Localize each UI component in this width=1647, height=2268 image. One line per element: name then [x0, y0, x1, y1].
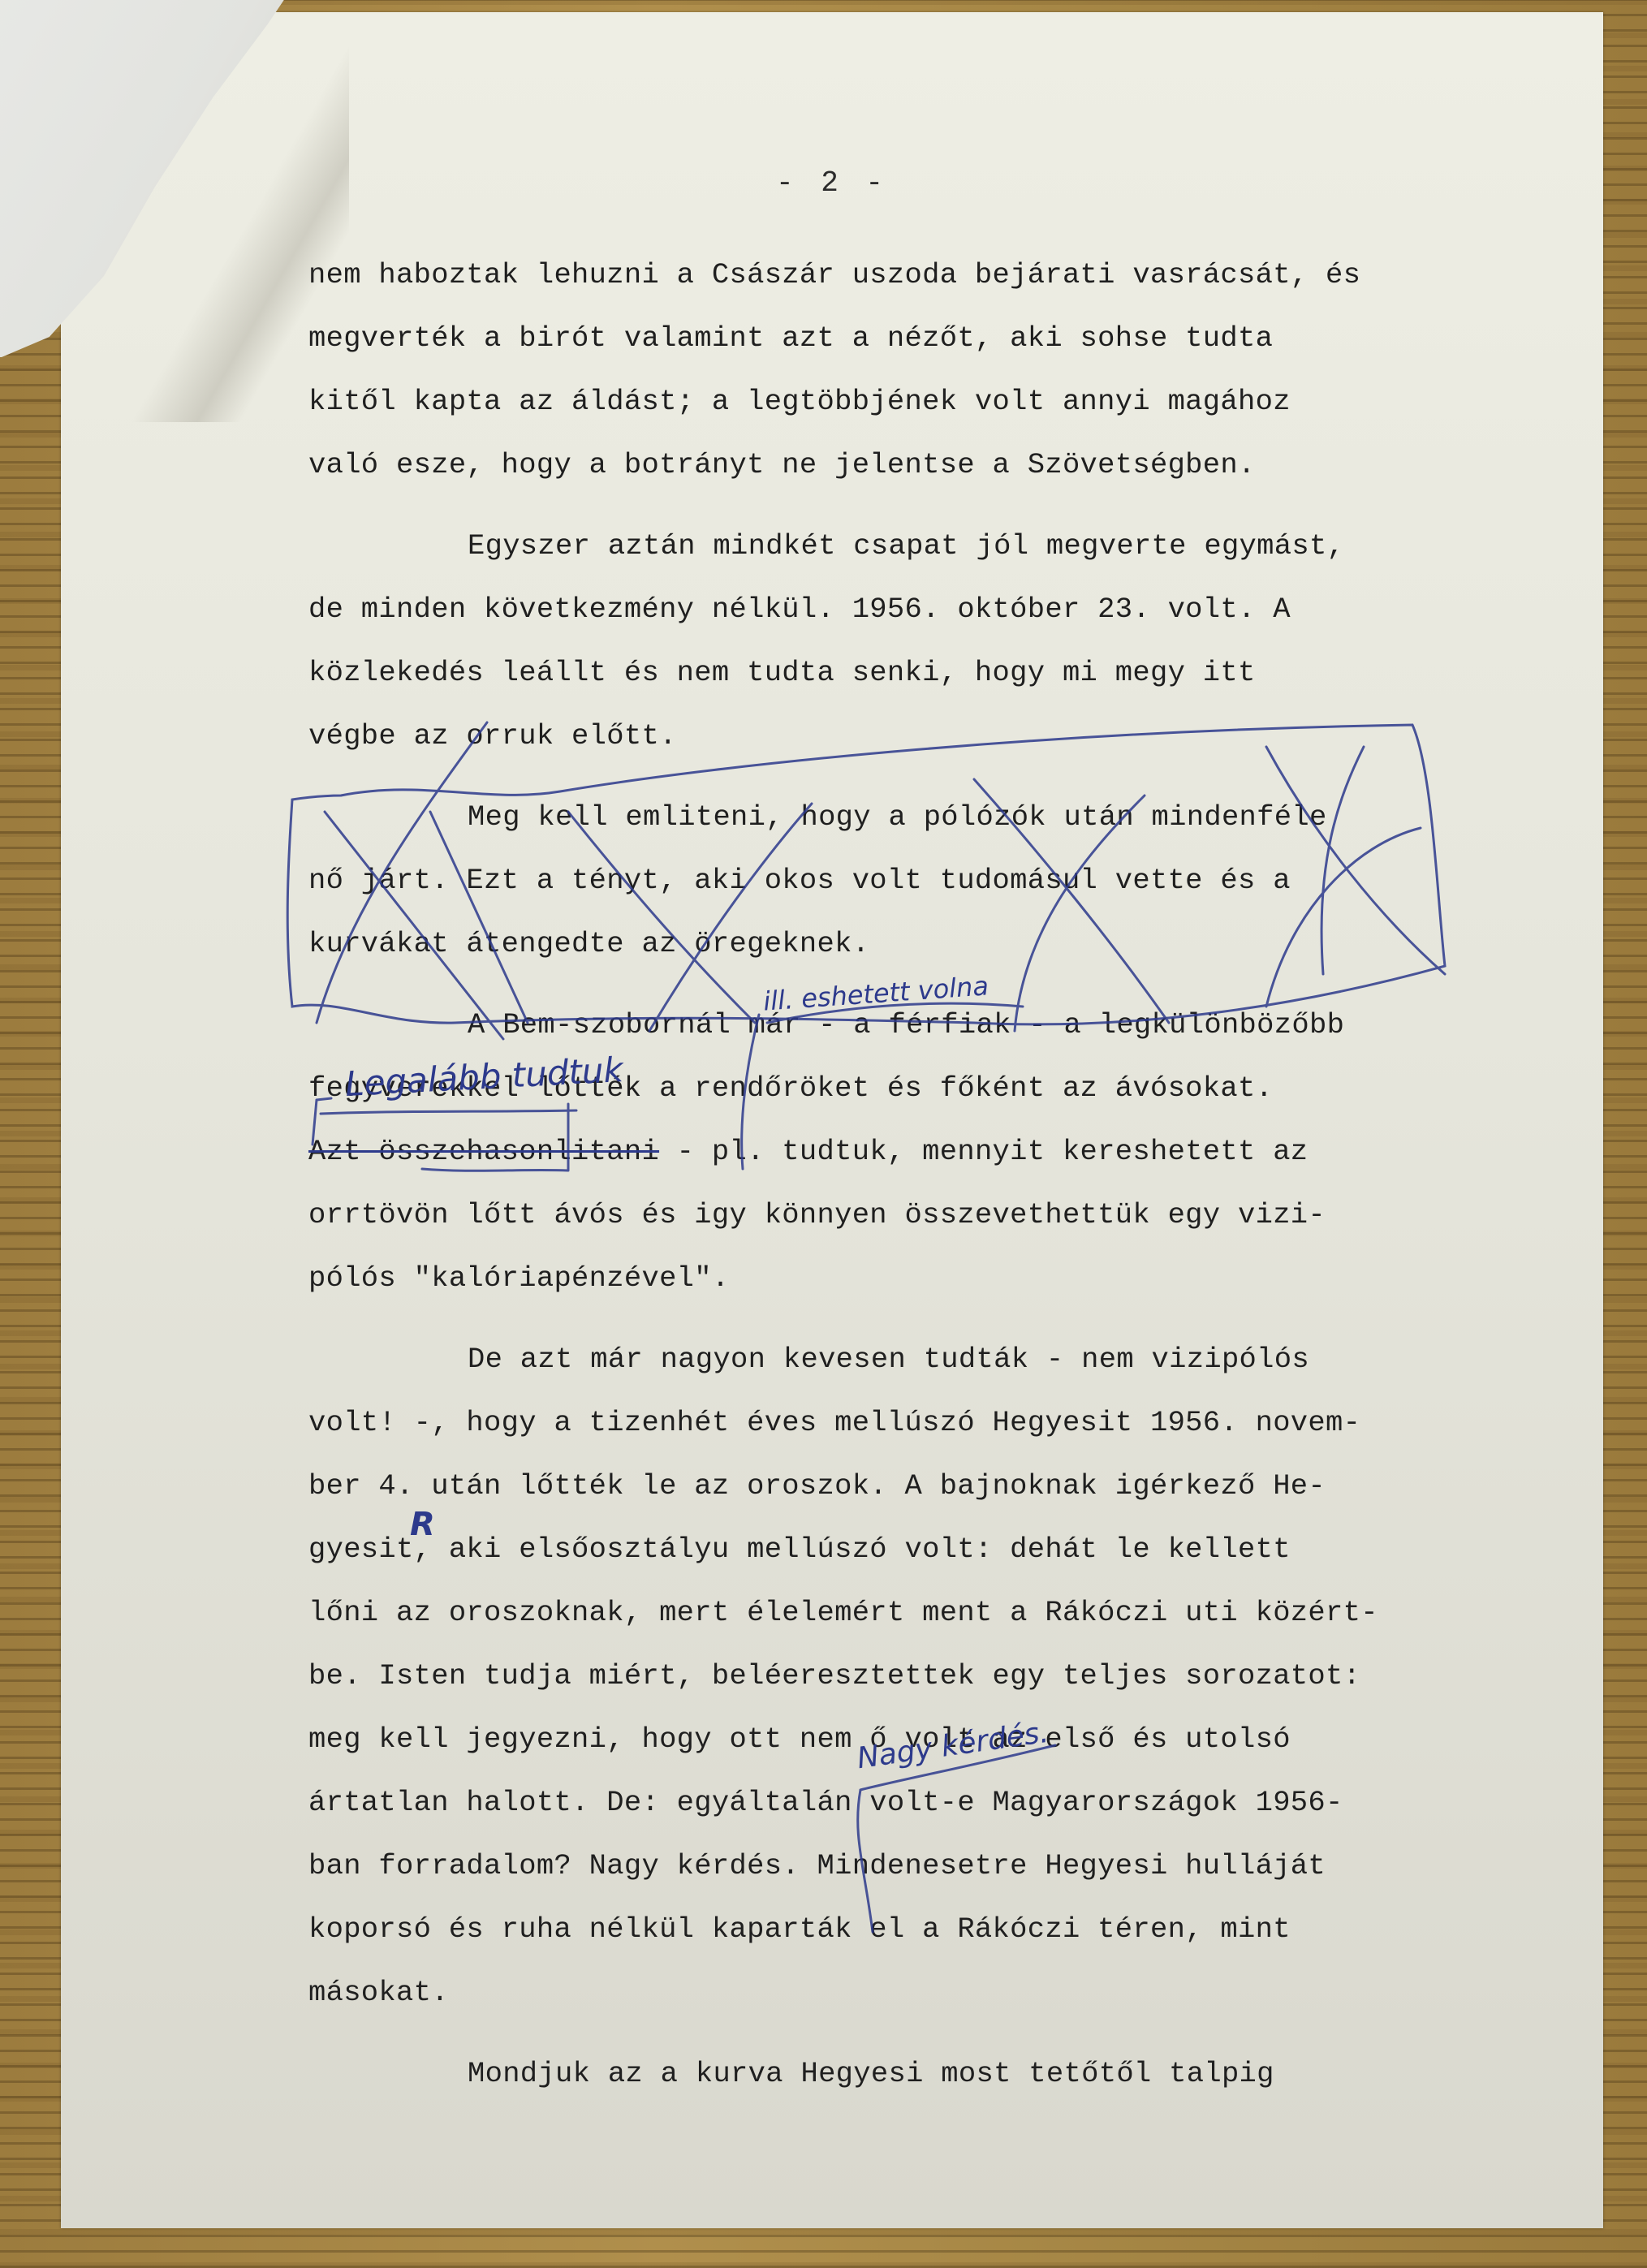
text-line: orrtövön lőtt ávós és igy könnyen összev…	[308, 1184, 1575, 1247]
text-line: volt! -, hogy a tizenhét éves mellúszó H…	[308, 1391, 1575, 1455]
text-line: pólós "kalóriapénzével".	[308, 1247, 1575, 1310]
text-line: közlekedés leállt és nem tudta senki, ho…	[308, 641, 1575, 705]
crossed-out-line: Meg kell emliteni, hogy a pólózók után m…	[308, 786, 1575, 849]
paragraph-gap	[308, 768, 1575, 786]
crossed-out-line: nő járt. Ezt a tényt, aki okos volt tudo…	[308, 849, 1575, 912]
text-line: ber 4. után lőtték le az oroszok. A bajn…	[308, 1455, 1575, 1518]
text-line: be. Isten tudja miért, beléeresztettek e…	[308, 1645, 1575, 1708]
handwritten-insertion-mark: R	[410, 1506, 435, 1543]
paragraph-gap	[308, 2024, 1575, 2042]
text-line: másokat.	[308, 1961, 1575, 2024]
paragraph-gap	[308, 1310, 1575, 1328]
text-line: Mondjuk az a kurva Hegyesi most tetőtől …	[308, 2042, 1575, 2106]
text-line: gyesit, aki elsőosztályu mellúszó volt: …	[308, 1518, 1575, 1581]
text-line: megverték a birót valamint azt a nézőt, …	[308, 307, 1575, 370]
text-line: nem haboztak lehuzni a Császár uszoda be…	[308, 244, 1575, 307]
crossed-out-line: kurvákat átengedte az öregeknek.	[308, 912, 1575, 976]
text-line: De azt már nagyon kevesen tudták - nem v…	[308, 1328, 1575, 1391]
struck-phrase: Azt összehasonlitani	[308, 1135, 659, 1168]
text-line: ban forradalom? Nagy kérdés. Mindenesetr…	[308, 1835, 1575, 1898]
text-line: koporsó és ruha nélkül kaparták el a Rák…	[308, 1898, 1575, 1961]
text-line: Egyszer aztán mindkét csapat jól megvert…	[308, 515, 1575, 578]
text-line: való esze, hogy a botrányt ne jelentse a…	[308, 433, 1575, 497]
text-line: ártatlan halott. De: egyáltalán volt-e M…	[308, 1771, 1575, 1835]
text-line: végbe az orruk előtt.	[308, 705, 1575, 768]
text-line: de minden következmény nélkül. 1956. okt…	[308, 578, 1575, 641]
text-line: Azt összehasonlitani - pl. tudtuk, menny…	[308, 1120, 1575, 1184]
page-number: - 2 -	[61, 166, 1603, 200]
paragraph-gap	[308, 497, 1575, 515]
text-line: lőni az oroszoknak, mert élelemért ment …	[308, 1581, 1575, 1645]
body-text: nem haboztak lehuzni a Császár uszoda be…	[308, 244, 1575, 2106]
text-line: kitől kapta az áldást; a legtöbbjének vo…	[308, 370, 1575, 433]
